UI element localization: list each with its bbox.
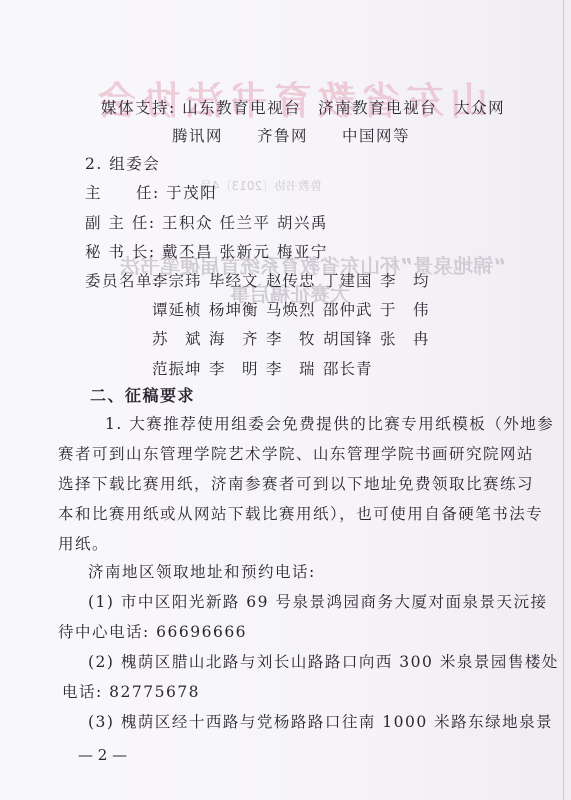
deputy-label: 副 主 任: [85,214,156,232]
member-name: 胡国锋 [323,327,380,349]
media-support-line-2: 腾讯网 齐鲁网 中国网等 [172,124,410,146]
member-name: 张 冉 [380,327,437,349]
secretary-label: 秘 书 长: [85,243,156,261]
secretary-names: 戴丕昌 张新元 梅亚宁 [162,243,328,261]
committee-heading: 2. 组委会 [85,152,160,174]
deputy-row: 副 主 任: 王积众 任兰平 胡兴禹 [85,211,328,233]
secretary-row: 秘 书 长: 戴丕昌 张新元 梅亚宁 [85,240,328,262]
member-name: 赵传忠 [266,269,323,291]
director-name: 于茂阳 [166,184,217,202]
address-3-line-1: (3) 槐荫区经十西路与党杨路路口往南 1000 米路东绿地泉景 [88,710,553,732]
member-name: 李宗玮 [152,269,209,291]
address-1-line-1: (1) 市中区阳光新路 69 号泉景鸿园商务大厦对面泉景天沅接 [88,590,547,612]
paragraph-line: 赛者可到山东管理学院艺术学院、山东管理学院书画研究院网站 [58,442,534,464]
member-name: 杨坤衡 [209,298,266,320]
bleed-doc-number: 鲁教书协〔2013〕4号 [200,177,322,194]
page-number: — 2 — [78,746,127,764]
members-row: 谭延桢杨坤衡马焕烈邵仲武于 伟 [152,298,437,320]
paragraph-line: 用纸。 [58,532,109,554]
member-name: 马焕烈 [266,298,323,320]
address-2-line-2: 电话: 82775678 [62,680,200,702]
member-name: 苏 斌 [152,327,209,349]
members-row: 李宗玮毕经文赵传忠丁建国李 均 [152,269,437,291]
member-name: 谭延桢 [152,298,209,320]
director-row: 主 任: 于茂阳 [85,181,217,203]
member-name: 丁建国 [323,269,380,291]
member-name: 李 牧 [266,327,323,349]
address-intro: 济南地区领取地址和预约电话: [88,560,316,582]
document-page: 山东省教育书法协会 鲁教书协〔2013〕4号 “锦地泉景”杯山东省教育系统首届硬… [0,0,571,800]
member-name: 邵长青 [323,357,380,379]
page-edge [563,0,564,800]
members-row: 范振坤李 明李 瑞邵长青 [152,357,380,379]
deputy-names: 王积众 任兰平 胡兴禹 [162,214,328,232]
member-name: 范振坤 [152,357,209,379]
address-1-line-2: 待中心电话: 66696666 [58,620,247,642]
member-name: 邵仲武 [323,298,380,320]
paragraph-line: 1. 大赛推荐使用组委会免费提供的比赛专用纸模板（外地参 [105,412,554,434]
address-2-line-1: (2) 槐荫区腊山北路与刘长山路路口向西 300 米泉景园售楼处 [88,650,559,672]
media-support-label: 媒体支持: [101,99,176,117]
member-name: 毕经文 [209,269,266,291]
paragraph-line: 本和比赛用纸或从网站下载比赛用纸），也可使用自备硬笔书法专 [58,502,543,524]
media-support-line-1: 媒体支持: 山东教育电视台 济南教育电视台 大众网 [101,96,505,118]
member-name: 李 明 [209,357,266,379]
director-label: 主 任: [85,184,160,202]
member-name: 于 伟 [380,298,437,320]
paragraph-line: 选择下载比赛用纸，济南参赛者可到以下地址免费领取比赛练习 [58,472,534,494]
members-label: 委员名单: [85,269,160,291]
media-support-outlets: 山东教育电视台 济南教育电视台 大众网 [182,99,505,117]
member-name: 李 瑞 [266,357,323,379]
member-name: 李 均 [380,269,437,291]
members-row: 苏 斌海 齐李 牧胡国锋张 冉 [152,327,437,349]
member-name: 海 齐 [209,327,266,349]
section-heading: 二、征稿要求 [90,383,195,406]
